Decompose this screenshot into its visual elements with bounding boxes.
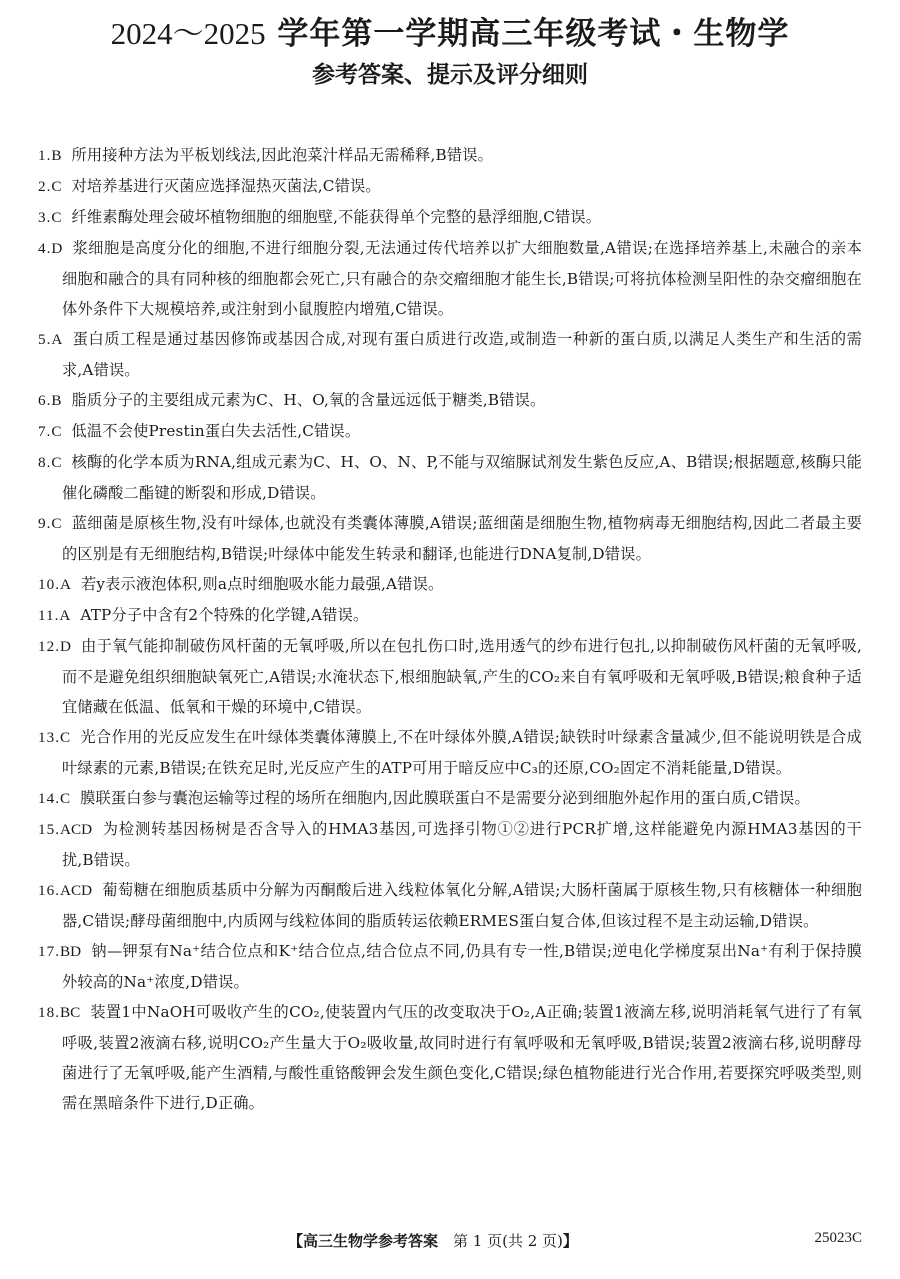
answer-item-10: 10.A若y表示液泡体积,则a点时细胞吸水能力最强,A错误。 bbox=[38, 569, 862, 600]
item-answer: D bbox=[51, 240, 62, 257]
item-explanation: 由于氧气能抑制破伤风杆菌的无氧呼吸,所以在包扎伤口时,选用透气的纱布进行包扎,以… bbox=[62, 637, 862, 716]
answer-item-1: 1.B所用接种方法为平板划线法,因此泡菜汁样品无需稀释,B错误。 bbox=[38, 140, 862, 171]
answer-item-18: 18.BC装置1中NaOH可吸收产生的CO₂,使装置内气压的改变取决于O₂,A正… bbox=[38, 997, 862, 1118]
item-answer: A bbox=[60, 576, 71, 593]
item-number: 11. bbox=[38, 607, 59, 624]
item-answer: C bbox=[60, 729, 70, 746]
item-explanation: 膜联蛋白参与囊泡运输等过程的场所在细胞内,因此膜联蛋白不是需要分泌到细胞外起作用… bbox=[80, 789, 810, 807]
item-number: 3. bbox=[38, 209, 51, 226]
answer-item-4: 4.D浆细胞是高度分化的细胞,不进行细胞分裂,无法通过传代培养以扩大细胞数量,A… bbox=[38, 233, 862, 324]
page-subtitle: 参考答案、提示及评分细则 bbox=[0, 58, 900, 92]
item-number: 6. bbox=[38, 392, 51, 409]
answer-item-6: 6.B脂质分子的主要组成元素为C、H、O,氧的含量远远低于糖类,B错误。 bbox=[38, 385, 862, 416]
item-answer: A bbox=[59, 607, 70, 624]
item-number: 8. bbox=[38, 454, 51, 471]
item-explanation: 蛋白质工程是通过基因修饰或基因合成,对现有蛋白质进行改造,或制造一种新的蛋白质,… bbox=[62, 330, 862, 379]
answer-item-3: 3.C纤维素酶处理会破坏植物细胞的细胞壁,不能获得单个完整的悬浮细胞,C错误。 bbox=[38, 202, 862, 233]
item-answer: C bbox=[60, 790, 70, 807]
item-explanation: 脂质分子的主要组成元素为C、H、O,氧的含量远远低于糖类,B错误。 bbox=[72, 391, 546, 409]
item-answer: BD bbox=[60, 943, 81, 960]
answer-item-14: 14.C膜联蛋白参与囊泡运输等过程的场所在细胞内,因此膜联蛋白不是需要分泌到细胞… bbox=[38, 783, 862, 814]
answer-item-13: 13.C光合作用的光反应发生在叶绿体类囊体薄膜上,不在叶绿体外膜,A错误;缺铁时… bbox=[38, 722, 862, 783]
item-number: 10. bbox=[38, 576, 60, 593]
item-explanation: 为检测转基因杨树是否含导入的HMA3基因,可选择引物①②进行PCR扩增,这样能避… bbox=[62, 820, 862, 869]
item-number: 2. bbox=[38, 178, 51, 195]
answer-item-12: 12.D由于氧气能抑制破伤风杆菌的无氧呼吸,所以在包扎伤口时,选用透气的纱布进行… bbox=[38, 631, 862, 722]
answer-item-5: 5.A蛋白质工程是通过基因修饰或基因合成,对现有蛋白质进行改造,或制造一种新的蛋… bbox=[38, 324, 862, 385]
title-year: 2024～2025 bbox=[111, 16, 266, 51]
answer-item-2: 2.C对培养基进行灭菌应选择湿热灭菌法,C错误。 bbox=[38, 171, 862, 202]
item-explanation: 低温不会使Prestin蛋白失去活性,C错误。 bbox=[72, 422, 361, 440]
footer-page-number: 第 1 页(共 2 页) bbox=[438, 1232, 563, 1250]
item-explanation: 蓝细菌是原核生物,没有叶绿体,也就没有类囊体薄膜,A错误;蓝细菌是细胞生物,植物… bbox=[62, 514, 862, 563]
item-explanation: 装置1中NaOH可吸收产生的CO₂,使装置内气压的改变取决于O₂,A正确;装置1… bbox=[62, 1003, 862, 1112]
item-answer: ACD bbox=[60, 882, 92, 899]
item-explanation: 所用接种方法为平板划线法,因此泡菜汁样品无需稀释,B错误。 bbox=[72, 146, 494, 164]
item-answer: D bbox=[60, 638, 71, 655]
answer-item-9: 9.C蓝细菌是原核生物,没有叶绿体,也就没有类囊体薄膜,A错误;蓝细菌是细胞生物… bbox=[38, 508, 862, 569]
item-answer: C bbox=[51, 515, 61, 532]
title-text: 学年第一学期高三年级考试・生物学 bbox=[266, 16, 790, 52]
item-explanation: ATP分子中含有2个特殊的化学键,A错误。 bbox=[80, 606, 368, 624]
item-explanation: 光合作用的光反应发生在叶绿体类囊体薄膜上,不在叶绿体外膜,A错误;缺铁时叶绿素含… bbox=[62, 728, 862, 777]
item-answer: B bbox=[51, 147, 61, 164]
footer-bracket: 】 bbox=[563, 1232, 578, 1250]
answer-item-8: 8.C核酶的化学本质为RNA,组成元素为C、H、O、N、P,不能与双缩脲试剂发生… bbox=[38, 447, 862, 508]
item-number: 18. bbox=[38, 1004, 60, 1021]
item-answer: C bbox=[51, 454, 61, 471]
item-number: 4. bbox=[38, 240, 51, 257]
item-explanation: 纤维素酶处理会破坏植物细胞的细胞壁,不能获得单个完整的悬浮细胞,C错误。 bbox=[72, 208, 602, 226]
item-number: 9. bbox=[38, 515, 51, 532]
item-number: 13. bbox=[38, 729, 60, 746]
item-explanation: 葡萄糖在细胞质基质中分解为丙酮酸后进入线粒体氧化分解,A错误;大肠杆菌属于原核生… bbox=[62, 881, 862, 930]
item-answer: A bbox=[51, 331, 62, 348]
page-title: 2024～2025 学年第一学期高三年级考试・生物学 bbox=[0, 14, 900, 54]
item-number: 12. bbox=[38, 638, 60, 655]
item-explanation: 钠—钾泵有Na⁺结合位点和K⁺结合位点,结合位点不同,仍具有专一性,B错误;逆电… bbox=[62, 942, 862, 991]
item-number: 15. bbox=[38, 821, 60, 838]
item-explanation: 若y表示液泡体积,则a点时细胞吸水能力最强,A错误。 bbox=[81, 575, 443, 593]
item-answer: BC bbox=[60, 1004, 80, 1021]
answer-item-15: 15.ACD为检测转基因杨树是否含导入的HMA3基因,可选择引物①②进行PCR扩… bbox=[38, 814, 862, 875]
answer-list: 1.B所用接种方法为平板划线法,因此泡菜汁样品无需稀释,B错误。 2.C对培养基… bbox=[38, 140, 862, 1118]
item-number: 14. bbox=[38, 790, 60, 807]
item-number: 5. bbox=[38, 331, 51, 348]
item-explanation: 对培养基进行灭菌应选择湿热灭菌法,C错误。 bbox=[72, 177, 381, 195]
item-number: 17. bbox=[38, 943, 60, 960]
item-explanation: 核酶的化学本质为RNA,组成元素为C、H、O、N、P,不能与双缩脲试剂发生紫色反… bbox=[62, 453, 862, 502]
answer-item-7: 7.C低温不会使Prestin蛋白失去活性,C错误。 bbox=[38, 416, 862, 447]
item-explanation: 浆细胞是高度分化的细胞,不进行细胞分裂,无法通过传代培养以扩大细胞数量,A错误;… bbox=[62, 239, 862, 318]
footer-doc-name: 【高三生物学参考答案 bbox=[288, 1232, 438, 1250]
answer-item-16: 16.ACD葡萄糖在细胞质基质中分解为丙酮酸后进入线粒体氧化分解,A错误;大肠杆… bbox=[38, 875, 862, 936]
answer-item-11: 11.AATP分子中含有2个特殊的化学键,A错误。 bbox=[38, 600, 862, 631]
item-number: 16. bbox=[38, 882, 60, 899]
answer-item-17: 17.BD钠—钾泵有Na⁺结合位点和K⁺结合位点,结合位点不同,仍具有专一性,B… bbox=[38, 936, 862, 997]
item-number: 1. bbox=[38, 147, 51, 164]
item-answer: C bbox=[51, 178, 61, 195]
footer-doc-code: 25023C bbox=[814, 1230, 862, 1247]
item-answer: C bbox=[51, 423, 61, 440]
footer-page-info: 【高三生物学参考答案 第 1 页(共 2 页)】 bbox=[288, 1230, 578, 1251]
item-number: 7. bbox=[38, 423, 51, 440]
item-answer: ACD bbox=[60, 821, 92, 838]
item-answer: B bbox=[51, 392, 61, 409]
item-answer: C bbox=[51, 209, 61, 226]
